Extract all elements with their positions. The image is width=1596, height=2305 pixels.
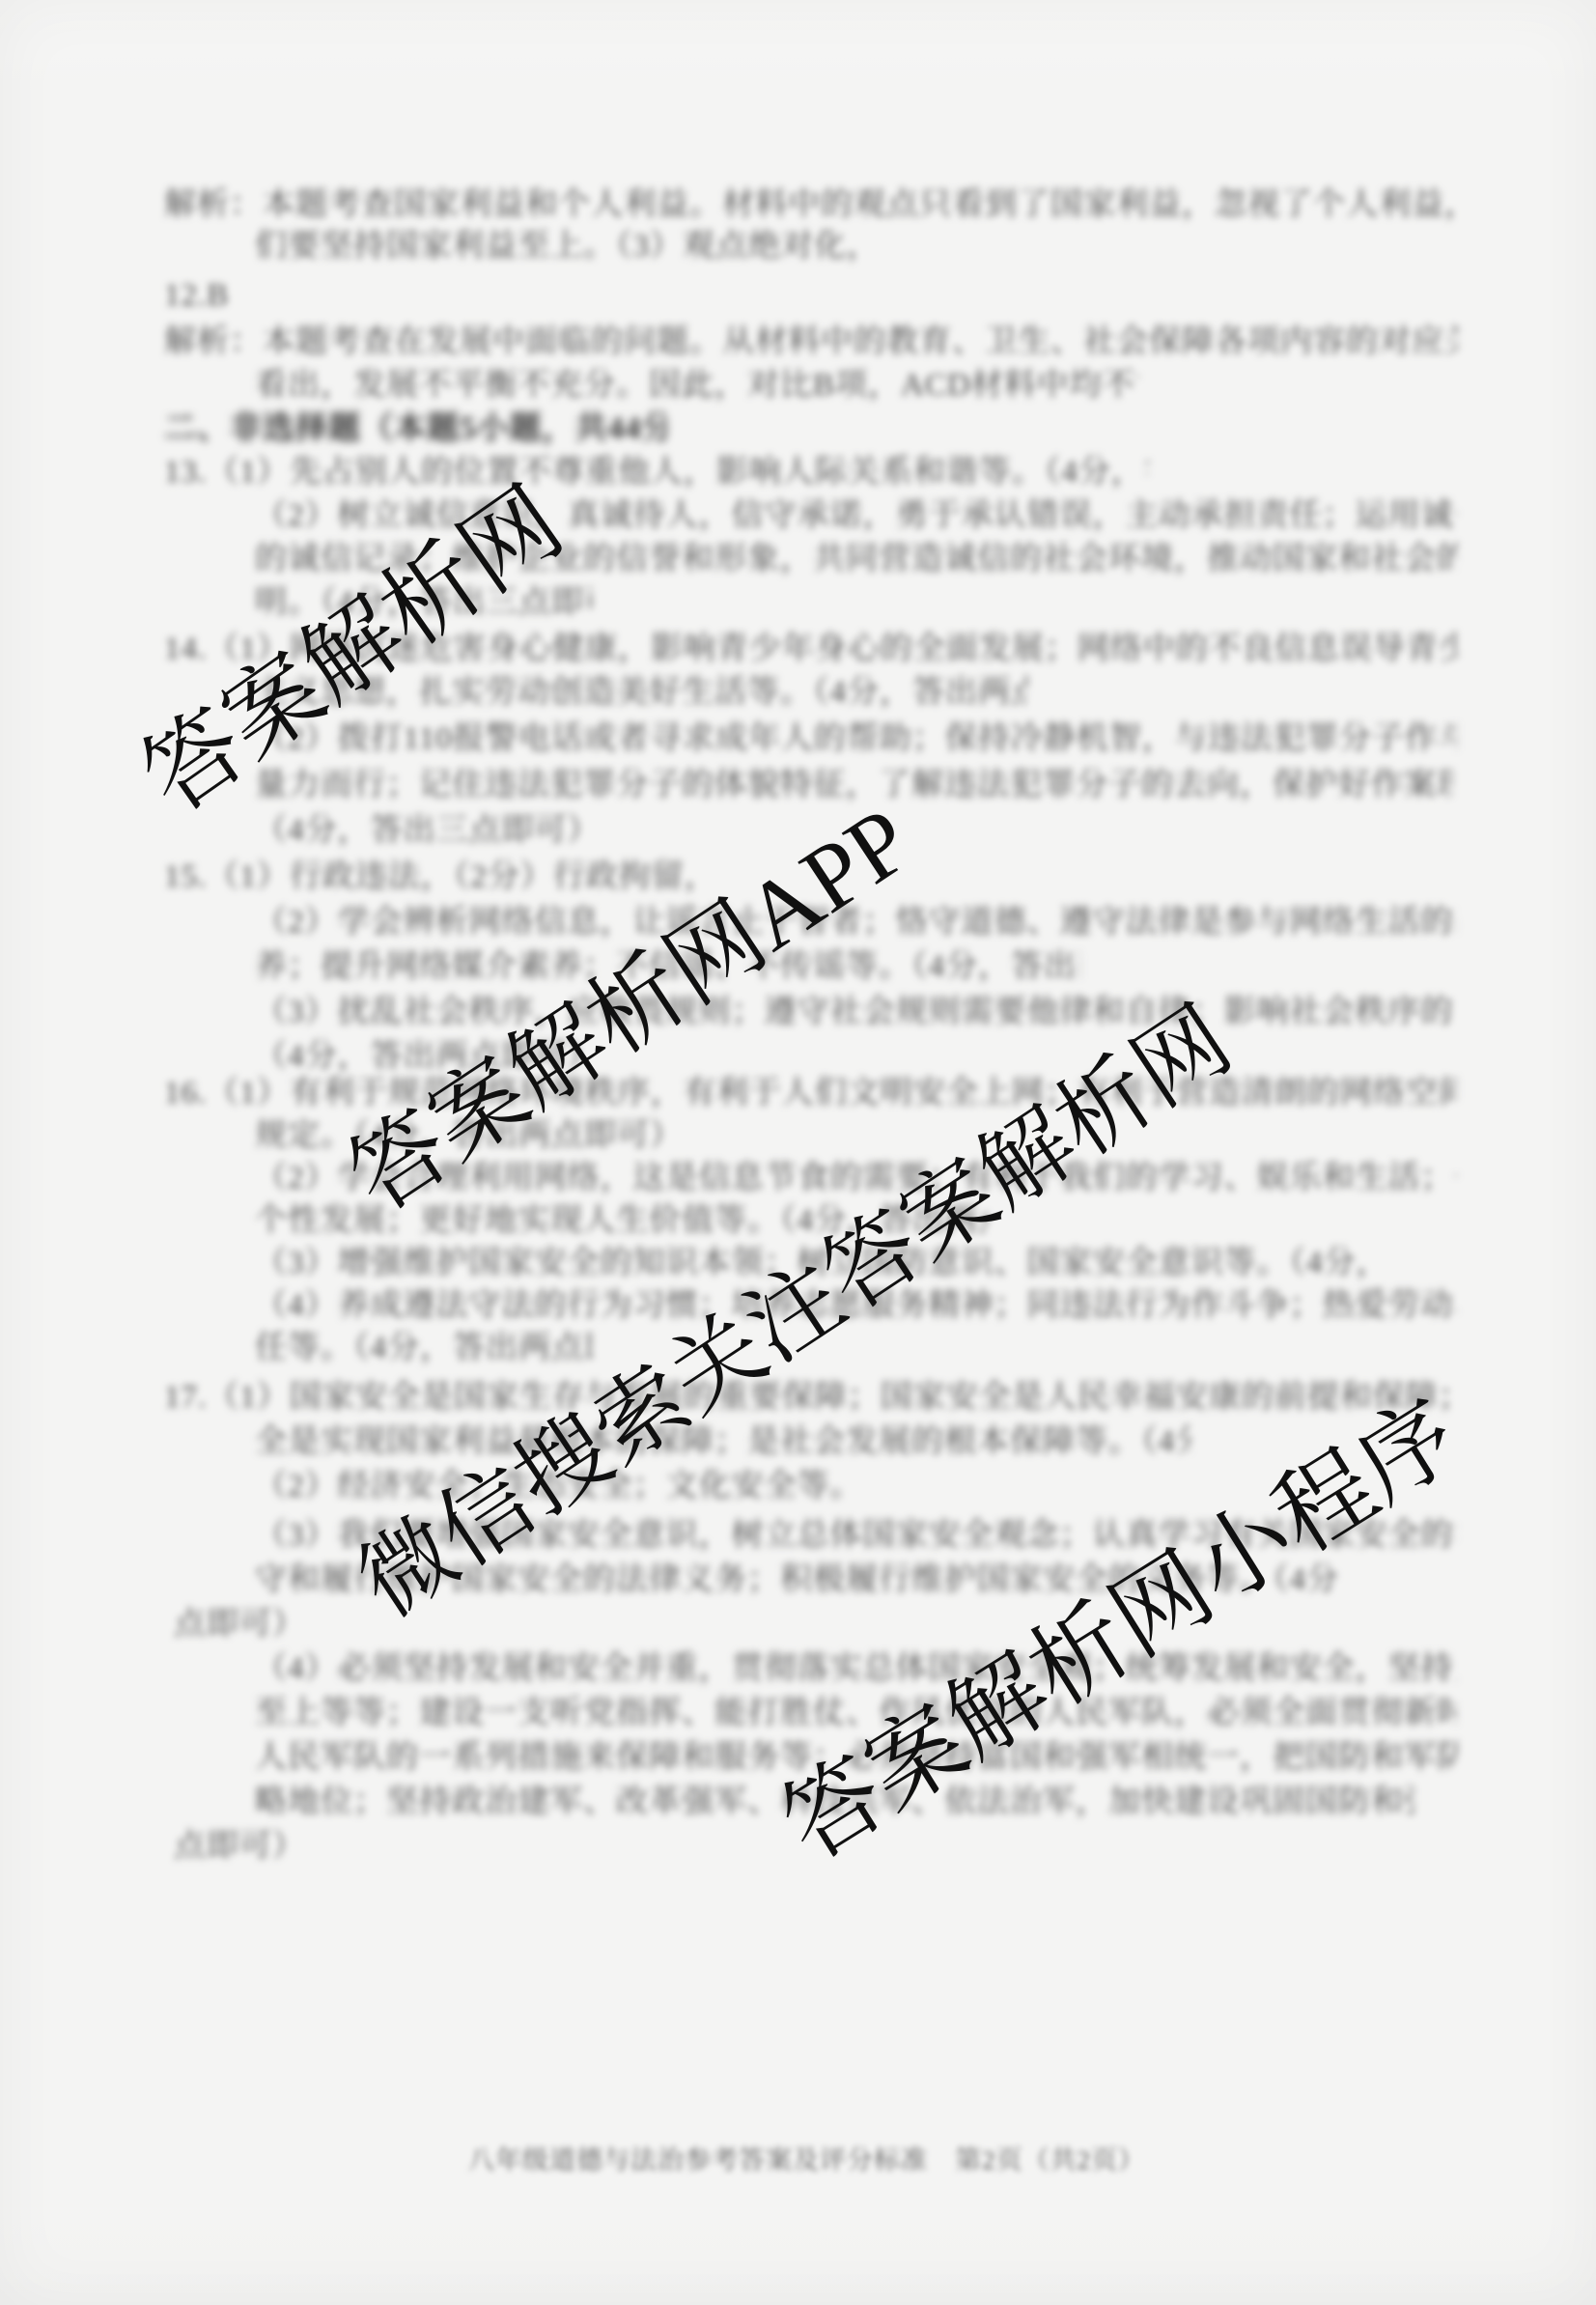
document-page: 解析：本题考查国家利益和个人利益。材料中的观点只看到了国家利益，忽视了个人利益，… — [0, 0, 1596, 2305]
blurred-text-line: 15.（1）行政违法，（2分）行政拘留，（2分） — [164, 856, 714, 898]
blurred-text-line: （4）必须坚持发展和安全并重，贯彻落实总体国家安全观；统筹发展和安全，坚持人民安… — [255, 1647, 1457, 1690]
blurred-text-line: 12.B — [164, 274, 290, 317]
blurred-text-line: 13.（1）先占别人的位置不尊重他人，影响人际关系和谐等。（4分，答出两点即可） — [164, 451, 1149, 493]
blurred-text-line: 二、非选择题（本题5小题，共44分） — [164, 408, 666, 450]
blurred-text-line: 解析：本题考查国家利益和个人利益。材料中的观点只看到了国家利益，忽视了个人利益，… — [164, 183, 1458, 226]
blurred-text-line: （3）扰乱社会秩序，应敬畏规则；遵守社会规则需要他律和自律；影响社会秩序的稳定和… — [255, 991, 1452, 1033]
blurred-text-line: （2）拨打110报警电话或者寻求成年人的帮助；保持冷静机智，与违法犯罪分子作斗争… — [255, 717, 1457, 760]
blurred-text-line: 17.（1）国家安全是国家生存与发展的重要保障；国家安全是人民幸福安康的前提和保… — [164, 1376, 1458, 1419]
blurred-text-line: 任等。（4分，答出两点即可） — [255, 1327, 593, 1369]
blurred-text-line: 们要坚持国家利益至上。（3）观点绝对化，错误。 — [255, 225, 878, 267]
blurred-text-line: 看出，发展不平衡不充分。因此，对比B项，ACD材料中均不能体现此点，排除。 — [255, 364, 1138, 407]
blurred-text-line: 点即可） — [174, 1603, 328, 1645]
blurred-text-line: （4分，答出三点即可） — [255, 809, 588, 852]
blurred-text-line: 点即可） — [174, 1825, 328, 1868]
page-footer: 八年级道德与法治参考答案及评分标准 第2页（共2页） — [468, 2141, 1144, 2179]
blurred-text-line: 解析：本题考查在发展中面临的问题。从材料中的教育、卫生、社会保障各项内容的对应关… — [164, 321, 1458, 363]
